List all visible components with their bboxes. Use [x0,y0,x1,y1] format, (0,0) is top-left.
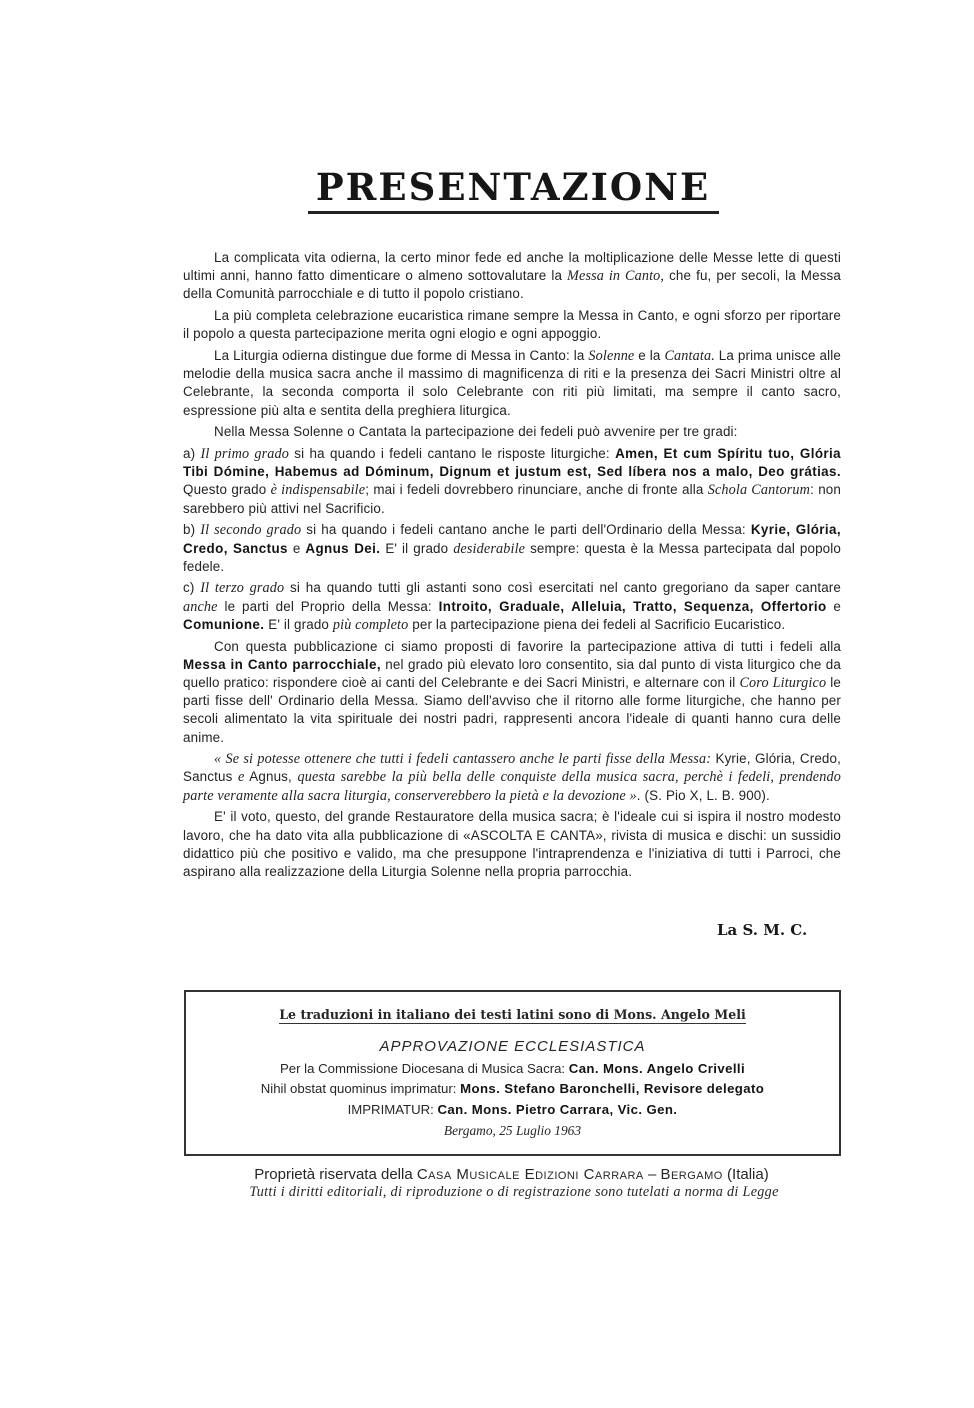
translations-credit: Le traduzioni in italiano dei testi lati… [186,1007,839,1022]
text-run: Agnus, [244,769,297,784]
text-run: si ha quando i fedeli cantano anche le p… [301,522,751,537]
publisher-country: (Italia) [723,1166,769,1183]
text-run: le parti del Proprio della Messa: [218,599,439,614]
imprimatur-line: IMPRIMATUR: Can. Mons. Pietro Carrara, V… [186,1102,839,1117]
text-run: e [827,599,841,614]
text-run: Con questa pubblicazione ci siamo propos… [214,639,841,654]
approval-box: Le traduzioni in italiano dei testi lati… [184,990,841,1156]
publisher-name: Casa Musicale Edizioni Carrara [417,1166,644,1183]
paragraph-pubblicazione: Con questa pubblicazione ci siamo propos… [183,638,841,747]
title-underline [308,211,719,214]
rights-notice: Proprietà riservata della Casa Musicale … [184,1166,839,1183]
emphasis: desiderabile [453,541,525,557]
paragraph-liturgia: La Liturgia odierna distingue due forme … [183,347,841,420]
legal-notice: Tutti i diritti editoriali, di riproduzi… [184,1184,844,1201]
line-label: IMPRIMATUR: [348,1102,438,1117]
emphasis: è indispensabile [271,482,366,498]
text-run: ; mai i fedeli dovrebbero rinunciare, an… [365,482,708,497]
page-title: PRESENTAZIONE [300,165,726,209]
translations-text: Le traduzioni in italiano dei testi lati… [279,1007,746,1024]
emphasis: Cantata. [664,348,714,364]
bold-text: Introito, Graduale, Alleluia, Tratto, Se… [439,599,827,614]
bold-text: Agnus Dei. [305,541,380,556]
emphasis: Schola Cantorum [708,482,810,498]
emphasis: Coro Liturgico [739,675,826,691]
grade-c-item: c) Il terzo grado si ha quando tutti gli… [183,579,841,634]
grade-b-item: b) Il secondo grado si ha quando i fedel… [183,521,841,576]
nihil-obstat-line: Nihil obstat quominus imprimatur: Mons. … [186,1081,839,1096]
paragraph-completa: La più completa celebrazione eucaristica… [183,307,841,343]
emphasis: anche [183,599,218,615]
item-label: a) [183,446,201,461]
paragraph-quote: « Se si potesse ottenere che tutti i fed… [183,750,841,805]
emphasis: Il primo grado [201,446,289,462]
text-run: e [288,541,305,556]
text-run: per la partecipazione piena dei fedeli a… [408,617,785,632]
paragraph-tre-gradi: Nella Messa Solenne o Cantata la parteci… [183,423,841,441]
citation: . (S. Pio X, L. B. 900). [637,788,770,803]
signature: La S. M. C. [717,921,807,939]
line-name: Can. Mons. Angelo Crivelli [569,1061,745,1076]
text-run: si ha quando i fedeli cantano le rispost… [289,446,615,461]
emphasis: Solenne [588,348,634,364]
commission-line: Per la Commissione Diocesana di Musica S… [186,1061,839,1076]
presentation-body: La complicata vita odierna, la certo min… [183,249,841,885]
bold-text: Messa in Canto parrocchiale, [183,657,381,672]
paragraph-voto: E' il voto, questo, del grande Restaurat… [183,808,841,881]
emphasis: più completo [333,617,408,633]
emphasis: Il secondo grado [200,522,301,538]
item-label: b) [183,522,200,537]
paragraph-intro: La complicata vita odierna, la certo min… [183,249,841,304]
bold-text: Comunione. [183,617,264,632]
text-run: Questo grado [183,482,271,497]
publisher-city: Bergamo [660,1166,722,1183]
line-label: Nihil obstat quominus imprimatur: [261,1081,460,1096]
emphasis: Messa in Canto, [567,268,664,284]
text-run: si ha quando tutti gli astanti sono così… [284,580,841,595]
document-page: PRESENTAZIONE La complicata vita odierna… [0,0,974,1408]
text-run: E' il grado [264,617,333,632]
text-run: e la [634,348,664,363]
line-name: Can. Mons. Pietro Carrara, Vic. Gen. [437,1102,677,1117]
text-run: E' il grado [380,541,453,556]
approval-date: Bergamo, 25 Luglio 1963 [186,1123,839,1139]
emphasis: « Se si potesse ottenere che tutti i fed… [214,751,711,767]
line-name: Mons. Stefano Baronchelli, Revisore dele… [460,1081,764,1096]
grade-a-item: a) Il primo grado si ha quando i fedeli … [183,445,841,518]
separator: – [644,1166,661,1183]
item-label: c) [183,580,200,595]
line-label: Per la Commissione Diocesana di Musica S… [280,1061,569,1076]
emphasis: Il terzo grado [200,580,284,596]
approval-heading: APPROVAZIONE ECCLESIASTICA [186,1038,839,1055]
text-run: La Liturgia odierna distingue due forme … [214,348,588,363]
text-run: Proprietà riservata della [254,1166,417,1183]
